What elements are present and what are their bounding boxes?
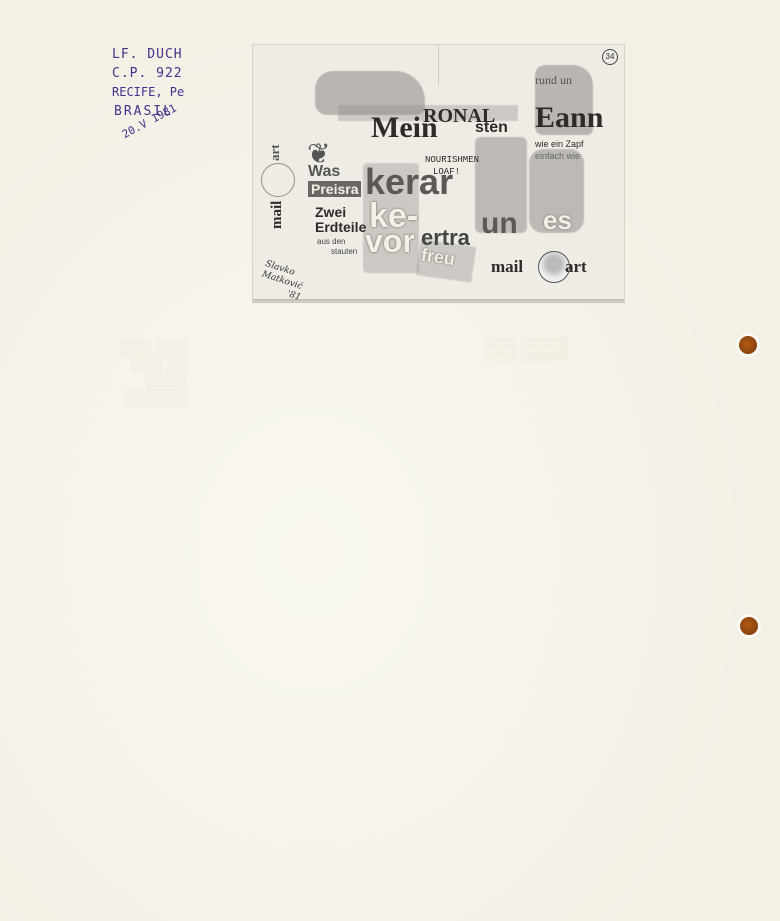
binder-hole xyxy=(739,336,757,354)
archive-sheet: ▒▒▒ ▒▒▒ ▒▒▒ ▒▒ ▒▒▒▒ ▒▒▒▒▒▒ ▒▒ ▒▒▒ LF. DU… xyxy=(0,0,780,921)
collage-text: wie ein Zapf xyxy=(535,139,584,149)
collage-text: Zwei xyxy=(315,205,366,220)
globe-stamp-icon xyxy=(261,163,295,197)
fold-line xyxy=(438,45,439,85)
address-line-city: RECIFE, Pe xyxy=(112,83,184,102)
collage-text: einfach wie xyxy=(535,151,580,161)
collage-text: freu xyxy=(420,245,457,271)
collage-text: Eann xyxy=(535,101,603,135)
collage-text: un xyxy=(481,207,518,241)
collage-text: Erdteile xyxy=(315,220,366,235)
collage-text-block: aus den stauten xyxy=(317,237,357,257)
card-edge xyxy=(253,299,624,301)
collage-text: stauten xyxy=(317,247,357,257)
mail-art-stamp-text: art xyxy=(565,257,587,277)
collage-text: Was xyxy=(308,163,340,181)
mail-art-collage-card: 34 ❦ rund un Mein RONAL sten Eann wie ei… xyxy=(252,44,625,302)
collage-text: sten xyxy=(475,119,508,137)
collage-text: vor xyxy=(365,223,415,260)
binder-hole xyxy=(740,617,758,635)
collage-text: es xyxy=(543,205,572,236)
collage-text: rund un xyxy=(535,73,572,88)
address-line-po-box: C.P. 922 xyxy=(112,64,184,83)
address-line-name: LF. DUCH xyxy=(112,45,184,64)
mail-art-stamp-text-vertical: mail xyxy=(269,201,286,229)
show-through-text-right: ▒▒ ▒▒▒ xyxy=(485,340,568,357)
collage-text-block: Zwei Erdteile xyxy=(315,205,366,235)
collage-text: Preisra xyxy=(308,181,361,197)
artist-signature: Slavko Matković '81 xyxy=(257,259,309,302)
mail-art-stamp-text: mail xyxy=(491,257,523,277)
page-number-badge: 34 xyxy=(602,49,618,65)
collage-text: aus den xyxy=(317,237,357,247)
show-through-text-left: ▒▒▒ ▒▒▒ ▒▒▒ ▒▒ ▒▒▒▒ ▒▒▒▒▒▒ xyxy=(120,340,188,408)
mail-art-stamp-text-vertical: art xyxy=(267,144,283,161)
